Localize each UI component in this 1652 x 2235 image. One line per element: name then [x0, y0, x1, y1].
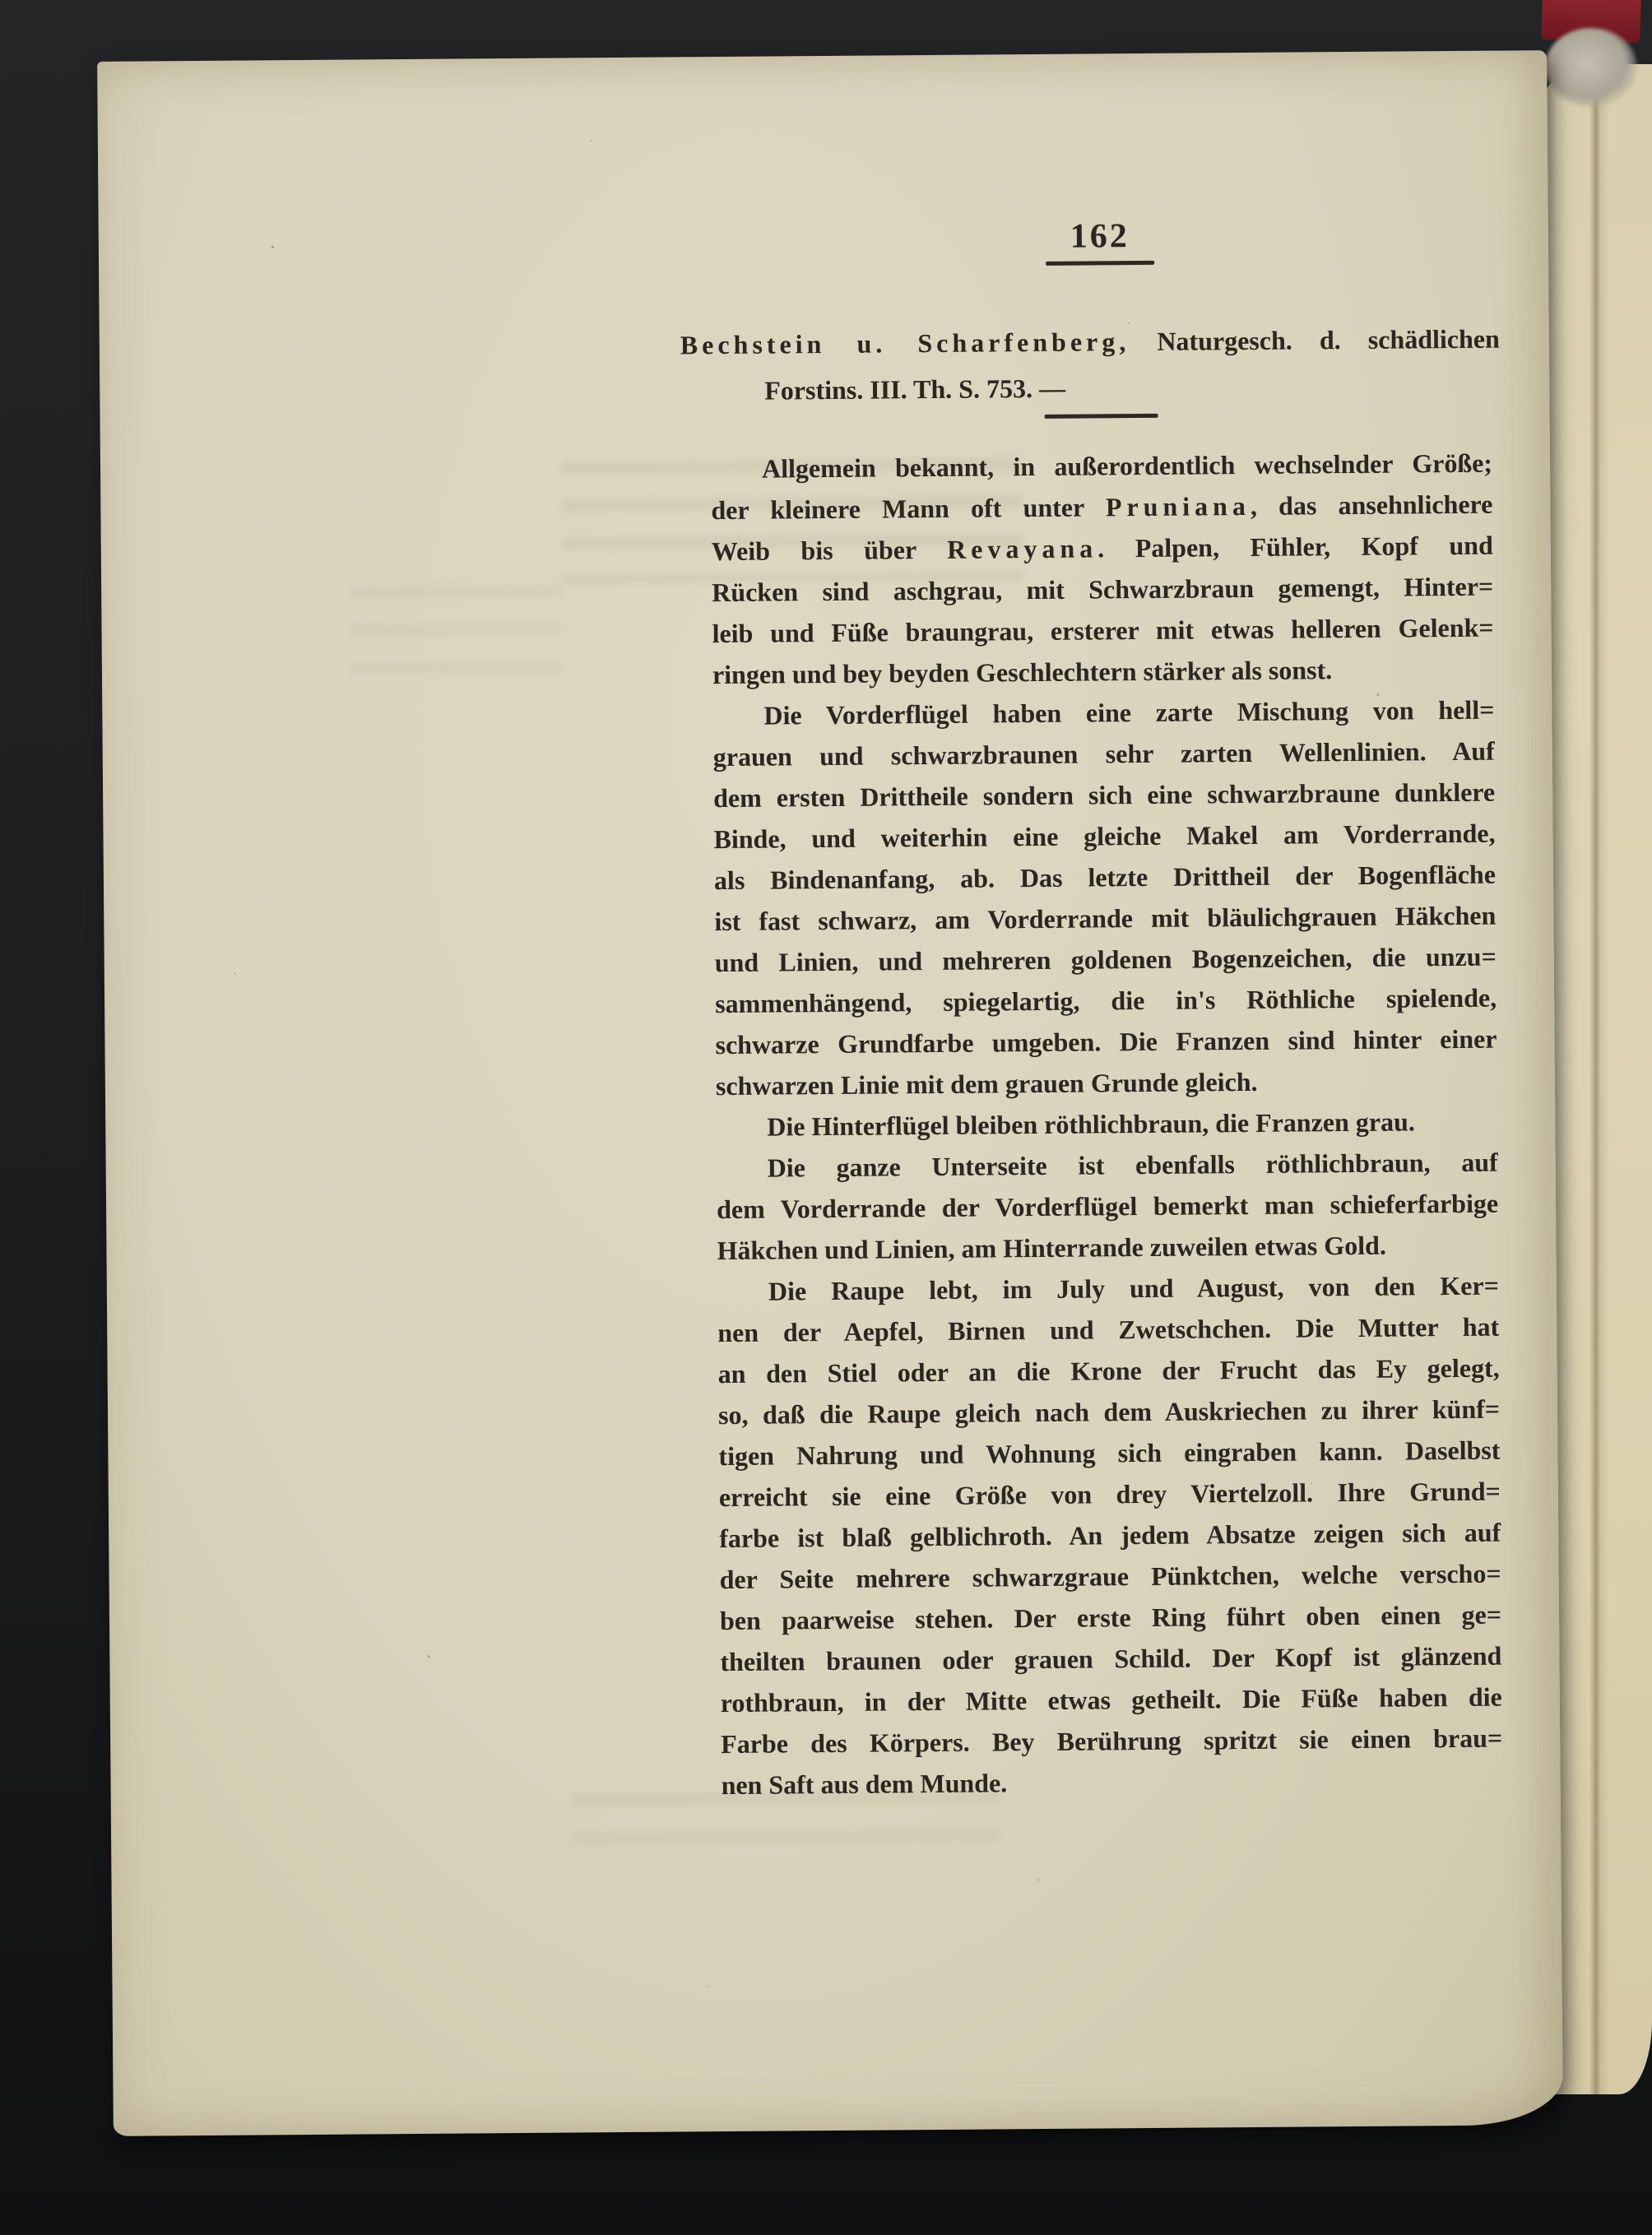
- text-line: Allgemein bekannt, in außerordentlich we…: [711, 443, 1492, 489]
- text-line: erreicht sie eine Größe von drey Viertel…: [719, 1471, 1501, 1518]
- book-scan: { "page": { "number": "162" }, "referenc…: [0, 0, 1652, 2235]
- book-page: 162 Bechstein u. Scharfenberg, Naturgesc…: [97, 50, 1563, 2136]
- text-line: Die Vorderflügel haben eine zarte Mischu…: [712, 689, 1494, 736]
- reference-title: Naturgesch. d. schädlichen: [1157, 324, 1500, 356]
- reference-author: Bechstein u. Scharfenberg,: [680, 327, 1130, 359]
- text-line: Farbe des Körpers. Bey Berührung spritzt…: [721, 1718, 1502, 1764]
- paragraph-4: Die ganze Unterseite ist ebenfalls röthl…: [717, 1142, 1499, 1271]
- text-line: Häkchen und Linien, am Hinterrande zuwei…: [717, 1224, 1498, 1271]
- body-text: Allgemein bekannt, in außerordentlich we…: [711, 443, 1503, 1806]
- antiqua-species-name: Pruniana: [1106, 491, 1251, 522]
- text-line: Binde, und weiterhin eine gleiche Makel …: [713, 813, 1495, 860]
- page-number-underline: [1046, 261, 1154, 266]
- text-line: theilten braunen oder grauen Schild. Der…: [720, 1635, 1501, 1682]
- text-line: als Bindenanfang, ab. Das letzte Dritthe…: [714, 854, 1496, 901]
- text-line: dem Vorderrande der Vorderflügel bemerkt…: [717, 1183, 1498, 1230]
- text-line: rothbraun, in der Mitte etwas getheilt. …: [721, 1676, 1502, 1723]
- text-line: Die Hinterflügel bleiben röthlichbraun, …: [716, 1101, 1497, 1148]
- text-line: ben paarweise stehen. Der erste Ring füh…: [720, 1594, 1501, 1641]
- text-line: und Linien, und mehreren goldenen Bogenz…: [715, 936, 1497, 983]
- text-line: nen Saft aus dem Munde.: [721, 1759, 1502, 1806]
- book-spine-highlight: [1545, 28, 1637, 107]
- paragraph-1: Allgemein bekannt, in außerordentlich we…: [711, 443, 1494, 695]
- text-line: der Seite mehrere schwarzgraue Pünktchen…: [719, 1553, 1501, 1600]
- text-line: grauen und schwarzbraunen sehr zarten We…: [713, 730, 1495, 777]
- reference-block: Bechstein u. Scharfenberg, Naturgesch. d…: [680, 316, 1501, 415]
- text-line: dem ersten Drittheile sondern sich eine …: [713, 772, 1495, 818]
- text-line: der kleinere Mann oft unter Pruniana, da…: [711, 484, 1492, 531]
- reference-line: Bechstein u. Scharfenberg, Naturgesch. d…: [680, 316, 1500, 369]
- ink-show-through: [348, 585, 563, 685]
- text-line: sammenhängend, spiegelartig, die in's Rö…: [715, 977, 1497, 1024]
- antiqua-species-name: Revayana: [947, 533, 1097, 563]
- text-line: farbe ist blaß gelblichroth. An jedem Ab…: [719, 1512, 1501, 1559]
- text-line: schwarzen Linie mit dem grauen Grunde gl…: [716, 1060, 1497, 1106]
- text-line: Die ganze Unterseite ist ebenfalls röthl…: [717, 1142, 1498, 1189]
- page-number: 162: [1070, 216, 1130, 257]
- paragraph-2: Die Vorderflügel haben eine zarte Mischu…: [712, 689, 1497, 1106]
- paragraph-5: Die Raupe lebt, im July und August, von …: [717, 1265, 1503, 1806]
- text-line: tigen Nahrung und Wohnung sich eingraben…: [718, 1430, 1500, 1477]
- paragraph-3: Die Hinterflügel bleiben röthlichbraun, …: [716, 1101, 1497, 1148]
- page-header: 162: [709, 214, 1491, 268]
- text-line: Rücken sind aschgrau, mit Schwarzbraun g…: [712, 566, 1493, 613]
- text-line: ringen und bey beyden Geschlechtern stär…: [712, 648, 1494, 695]
- text-line: nen der Aepfel, Birnen und Zwetschchen. …: [717, 1306, 1499, 1353]
- text-line: ist fast schwarz, am Vorderrande mit blä…: [714, 895, 1496, 942]
- text-line: Weib bis über Revayana. Palpen, Fühler, …: [712, 525, 1493, 572]
- text-line: leib und Füße braungrau, ersterer mit et…: [712, 607, 1493, 654]
- text-line: an den Stiel oder an die Krone der Fruch…: [717, 1347, 1499, 1394]
- separator-rule: [1045, 414, 1158, 419]
- text-line: schwarze Grundfarbe umgeben. Die Franzen…: [715, 1018, 1497, 1065]
- text-line: Die Raupe lebt, im July und August, von …: [717, 1265, 1499, 1312]
- text-line: so, daß die Raupe gleich nach dem Auskri…: [718, 1389, 1500, 1435]
